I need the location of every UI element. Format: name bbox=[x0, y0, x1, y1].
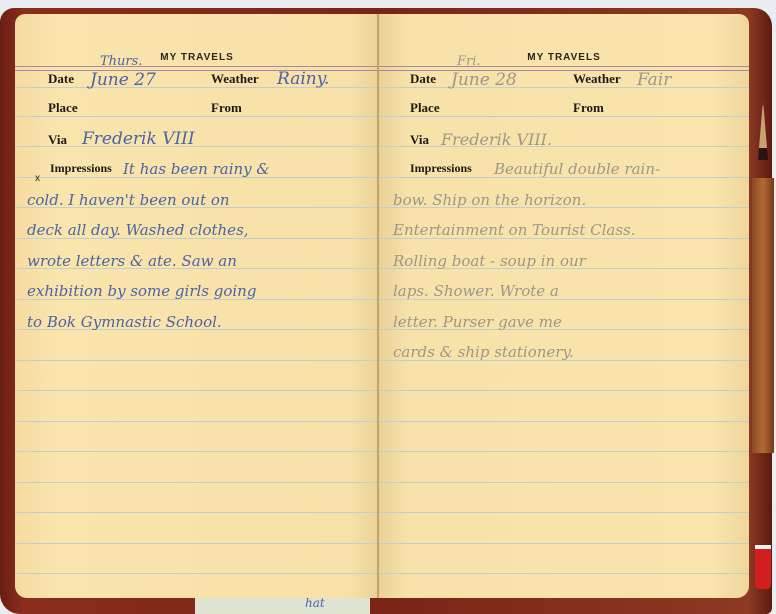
impressions-line: to Bok Gymnastic School. bbox=[27, 307, 222, 338]
day-entry: Fri. bbox=[457, 54, 481, 69]
ruled-line bbox=[15, 421, 379, 422]
impressions-line: deck all day. Washed clothes, bbox=[27, 215, 249, 246]
tucked-paper-tab: hat bbox=[195, 598, 370, 614]
pencil-loop bbox=[752, 178, 774, 453]
ruled-line bbox=[15, 543, 379, 544]
via-entry: Frederik VIII bbox=[82, 129, 195, 149]
date-entry: June 28 bbox=[451, 70, 517, 90]
ruled-line bbox=[379, 512, 749, 513]
margin-mark: x bbox=[35, 173, 40, 184]
place-label: Place bbox=[48, 100, 78, 116]
ruled-line bbox=[15, 482, 379, 483]
right-page: MY TRAVELS Date Fri. June 28 Weather Fai… bbox=[379, 14, 749, 598]
pencil-eraser bbox=[755, 545, 771, 589]
ruled-line bbox=[379, 451, 749, 452]
weather-entry: Fair bbox=[637, 70, 671, 90]
impressions-line: exhibition by some girls going bbox=[27, 276, 256, 307]
ruled-line bbox=[379, 543, 749, 544]
weather-label: Weather bbox=[573, 71, 621, 87]
ruled-line bbox=[15, 360, 379, 361]
page-title: MY TRAVELS bbox=[15, 52, 379, 63]
pencil-tip bbox=[758, 100, 768, 160]
from-label: From bbox=[573, 100, 604, 116]
impressions-label: Impressions bbox=[410, 161, 472, 176]
impressions-line: Rolling boat - soup in our bbox=[393, 246, 586, 277]
date-entry: June 27 bbox=[90, 70, 156, 90]
ruled-line bbox=[379, 116, 749, 117]
from-label: From bbox=[211, 100, 242, 116]
impressions-line: It has been rainy & bbox=[123, 154, 270, 185]
impressions-line: wrote letters & ate. Saw an bbox=[27, 246, 237, 277]
pencil bbox=[752, 100, 774, 590]
page-title: MY TRAVELS bbox=[379, 52, 749, 63]
ruled-line bbox=[15, 146, 379, 147]
place-label: Place bbox=[410, 100, 440, 116]
impressions-line: letter. Purser gave me bbox=[393, 307, 562, 338]
via-label: Via bbox=[410, 132, 429, 148]
impressions-label: Impressions bbox=[50, 161, 112, 176]
ruled-line bbox=[15, 390, 379, 391]
ruled-line bbox=[379, 421, 749, 422]
day-entry: Thurs. bbox=[100, 54, 142, 69]
impressions-line: Beautiful double rain- bbox=[494, 154, 660, 185]
weather-entry: Rainy. bbox=[277, 69, 329, 89]
ruled-line bbox=[379, 87, 749, 88]
via-entry: Frederik VIII. bbox=[441, 130, 552, 149]
impressions-line: Entertainment on Tourist Class. bbox=[393, 215, 636, 246]
ruled-line bbox=[379, 573, 749, 574]
ruled-line bbox=[379, 482, 749, 483]
impressions-line: cold. I haven't been out on bbox=[27, 185, 230, 216]
left-page: MY TRAVELS Date Thurs. June 27 Weather R… bbox=[15, 14, 379, 598]
impressions-line: bow. Ship on the horizon. bbox=[393, 185, 586, 216]
weather-label: Weather bbox=[211, 71, 259, 87]
tab-handwriting: hat bbox=[305, 596, 325, 610]
ruled-line bbox=[15, 512, 379, 513]
impressions-line: cards & ship stationery. bbox=[393, 337, 574, 368]
date-label: Date bbox=[410, 71, 436, 87]
date-label: Date bbox=[48, 71, 74, 87]
ruled-line bbox=[15, 573, 379, 574]
ruled-line bbox=[379, 390, 749, 391]
via-label: Via bbox=[48, 132, 67, 148]
ruled-line bbox=[15, 451, 379, 452]
ruled-line bbox=[379, 146, 749, 147]
ruled-line bbox=[15, 116, 379, 117]
impressions-line: laps. Shower. Wrote a bbox=[393, 276, 559, 307]
